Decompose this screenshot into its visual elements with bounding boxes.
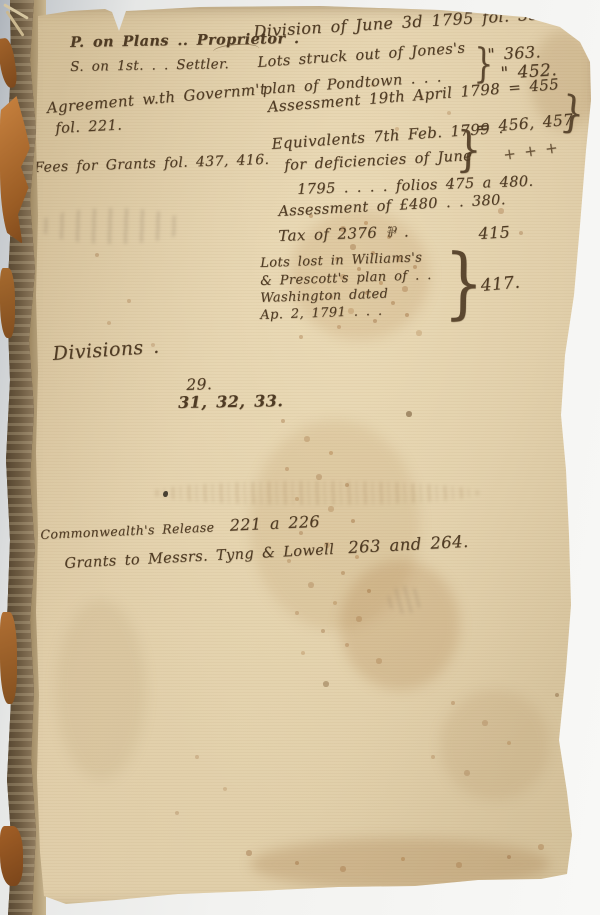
faint-pencil-marks [38,208,188,244]
brace: } [443,244,484,322]
faint-ink-bleedthrough [150,481,480,505]
index-key-settler: S. on 1st. . . Settler. [70,56,229,75]
torn-leather-fragment [0,826,23,886]
photo-backdrop: P. on Plans .. Proprietor . S. on 1st. .… [0,0,600,915]
folio-221-226: 221 a 226 [229,512,320,535]
division-number-29: 29. [186,375,212,394]
foxing-speckles [0,0,2,2]
division-numbers-31-33: 31, 32, 33. [178,391,283,412]
manuscript-page: P. on Plans .. Proprietor . S. on 1st. .… [0,0,600,915]
faint-pencil-marks [388,586,422,614]
torn-leather-fragment [0,612,17,704]
torn-leather-fragment [0,268,15,338]
folio-417: 417. [480,273,521,296]
